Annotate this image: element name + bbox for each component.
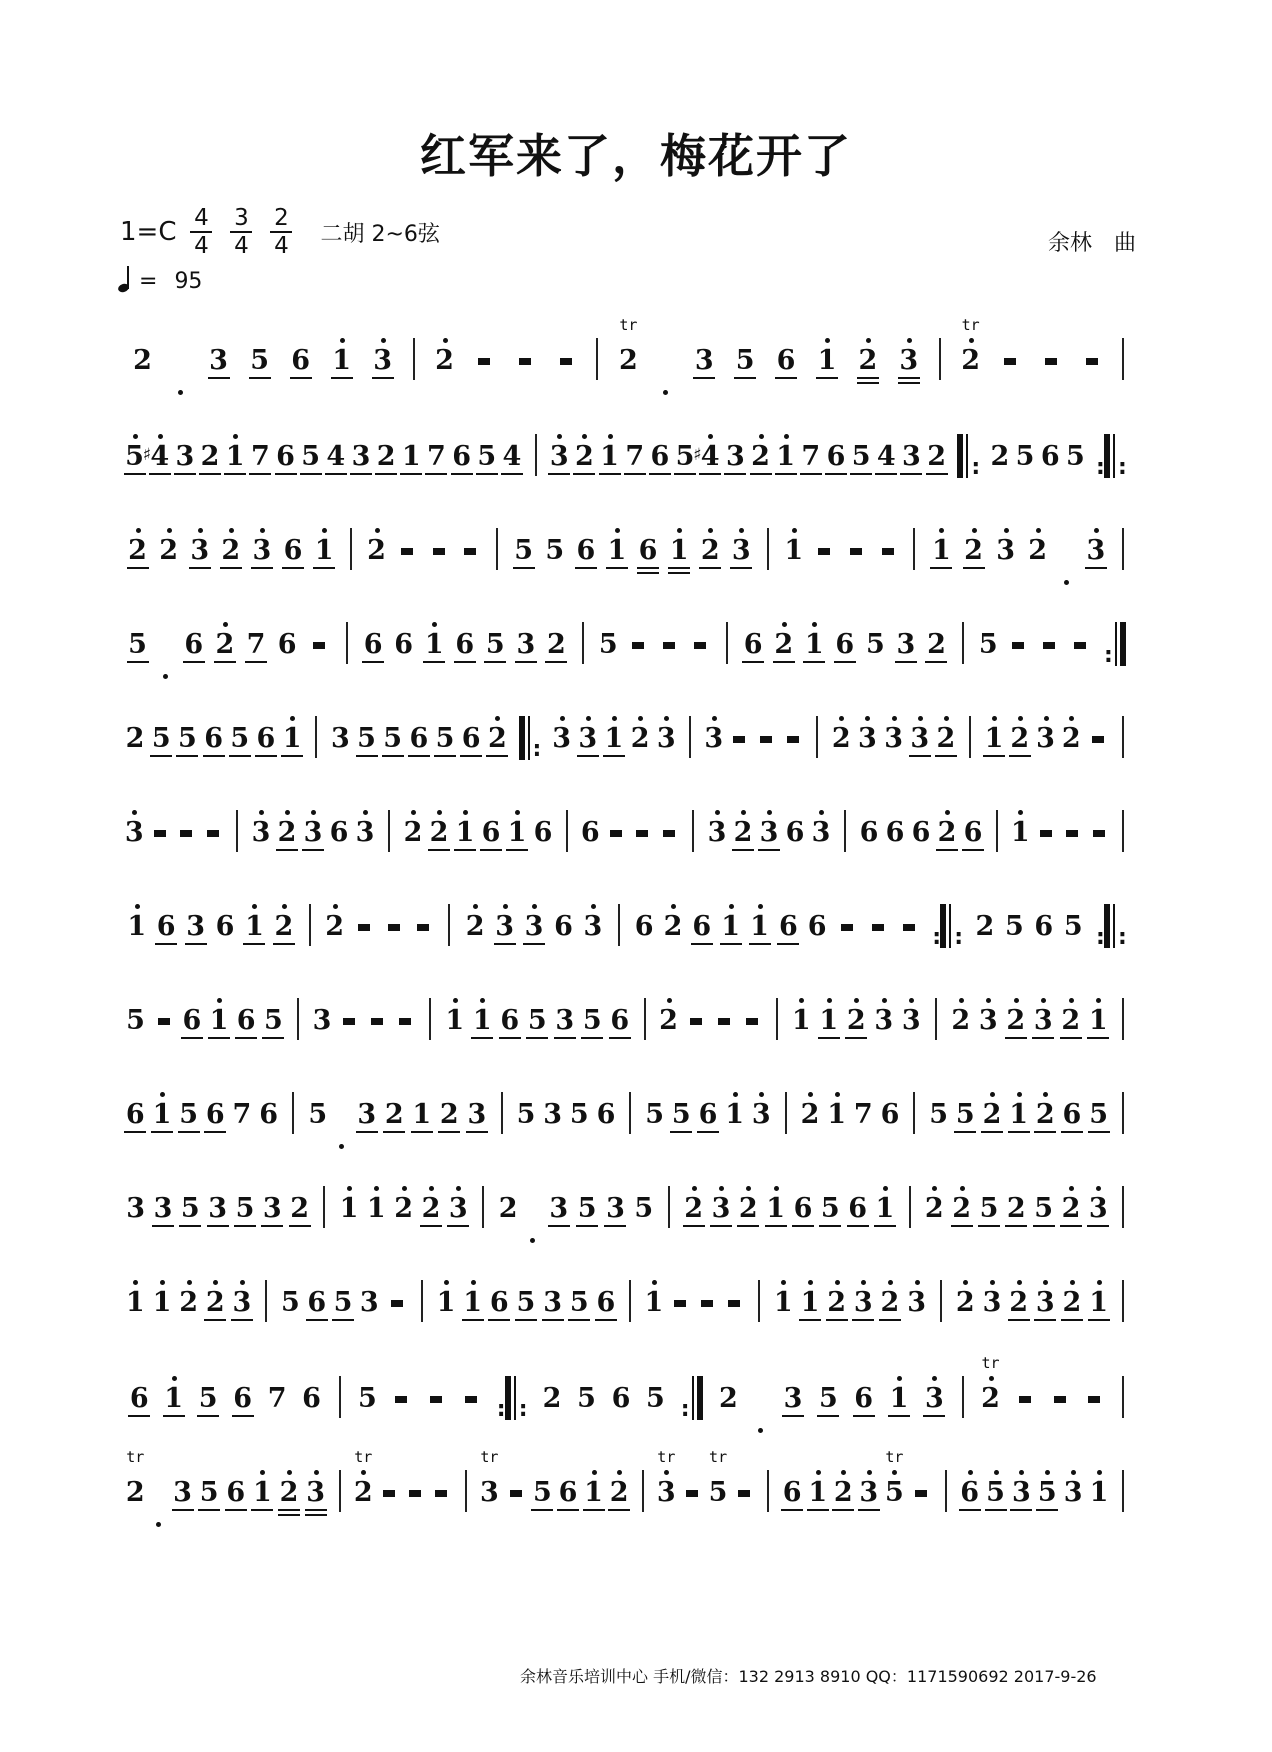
note: 2 <box>366 536 388 572</box>
sharp-icon: ♯ <box>693 440 701 470</box>
barline <box>1122 998 1124 1040</box>
underline <box>765 1225 787 1227</box>
note: 3tr <box>655 1478 677 1514</box>
high-octave-dot <box>444 1280 449 1285</box>
note: 2 <box>383 1100 405 1136</box>
underline <box>306 1319 328 1321</box>
high-octave-dot <box>1094 528 1099 533</box>
underline <box>282 567 304 569</box>
note: 6 <box>214 912 236 948</box>
underline <box>710 1225 732 1227</box>
high-octave-dot <box>282 904 287 909</box>
high-octave-dot <box>1043 1280 1048 1285</box>
note: 3 <box>358 1288 380 1324</box>
note: 1 <box>124 1288 146 1324</box>
underline <box>1088 1319 1110 1321</box>
measure: 5653 <box>277 1288 410 1324</box>
underline <box>803 661 825 663</box>
note: 2 <box>732 818 754 854</box>
high-octave-dot <box>586 716 591 721</box>
underline <box>581 1037 603 1039</box>
high-octave-dot <box>1070 1280 1075 1285</box>
note: 5 <box>576 1194 598 1230</box>
note: 6 <box>775 346 797 382</box>
underline <box>302 849 324 851</box>
underline-double <box>278 1514 300 1516</box>
measure: 32363 <box>248 818 378 854</box>
sustain-dash <box>504 1478 528 1514</box>
note: 3 <box>231 1288 253 1324</box>
underline <box>925 661 947 663</box>
underline <box>573 473 595 475</box>
underline <box>275 473 297 475</box>
note: 2 <box>935 724 957 760</box>
high-octave-dot <box>160 1092 165 1097</box>
note: 3 <box>174 442 196 478</box>
high-octave-dot <box>708 528 713 533</box>
underline <box>300 473 322 475</box>
note: 6 <box>959 1478 981 1514</box>
high-octave-dot <box>759 1092 764 1097</box>
measure: 2 <box>656 1006 766 1042</box>
note: 3 <box>852 1288 874 1324</box>
note: 6 <box>460 724 482 760</box>
note: 1 <box>365 1194 387 1230</box>
high-octave-dot <box>986 998 991 1003</box>
underline <box>124 1131 146 1133</box>
note: 6 <box>451 442 473 478</box>
high-octave-dot <box>592 1470 597 1475</box>
note: 7 <box>425 442 447 478</box>
underline <box>199 473 221 475</box>
note: 2 <box>1005 1194 1027 1230</box>
note: 5 <box>515 1288 537 1324</box>
note: 5 <box>1033 1194 1055 1230</box>
underline <box>777 943 799 945</box>
underline <box>737 1225 759 1227</box>
note: 6 <box>532 818 554 854</box>
sustain-dash <box>1082 1384 1106 1420</box>
underline <box>128 1415 150 1417</box>
high-octave-dot <box>1096 998 1101 1003</box>
underline <box>499 1037 521 1039</box>
high-octave-dot <box>615 528 620 533</box>
repeat-end: : <box>1104 622 1126 666</box>
note: 5 <box>850 442 872 478</box>
note: 2 <box>662 912 684 948</box>
underline <box>234 1225 256 1227</box>
measure: 112323 <box>770 1288 930 1324</box>
barline <box>339 1376 341 1418</box>
sustain-dash <box>1087 818 1111 854</box>
underline <box>372 377 394 379</box>
note: 2 <box>951 1194 973 1230</box>
note: 5 <box>300 442 322 478</box>
underline <box>1087 1037 1109 1039</box>
note: 2 <box>699 536 721 572</box>
high-octave-dot <box>990 1280 995 1285</box>
measure: 1 <box>779 536 903 572</box>
sustain-dash <box>866 912 890 948</box>
measure: 2 <box>425 346 586 382</box>
note: 5 <box>734 346 756 382</box>
note: 6 <box>595 1288 617 1324</box>
high-octave-dot <box>432 622 437 627</box>
note: 2 <box>923 1194 945 1230</box>
high-octave-dot <box>1004 528 1009 533</box>
barline-thick <box>957 434 963 478</box>
note: 5 <box>1003 912 1025 948</box>
underline <box>782 1415 804 1417</box>
underline <box>978 1225 1000 1227</box>
underline <box>1087 1225 1109 1227</box>
note: 6 <box>362 630 384 666</box>
note: 3 <box>551 724 573 760</box>
high-octave-dot <box>945 810 950 815</box>
underline <box>229 755 251 757</box>
underline <box>290 377 312 379</box>
note: 1 <box>720 912 742 948</box>
time-signature-2: 34 <box>230 205 252 259</box>
underline <box>1061 1131 1083 1133</box>
high-octave-dot <box>664 716 669 721</box>
underline <box>1034 1131 1056 1133</box>
sustain-dash <box>337 1006 361 1042</box>
note: 2 <box>438 1100 460 1136</box>
high-octave-dot <box>453 998 458 1003</box>
high-octave-dot <box>819 810 824 815</box>
note: 1 <box>765 1194 787 1230</box>
underline <box>1036 1509 1058 1511</box>
note: 5 <box>985 1478 1007 1514</box>
underline <box>176 755 198 757</box>
underline <box>400 473 422 475</box>
underline <box>935 755 957 757</box>
note: 1 <box>151 1100 173 1136</box>
barline-thick <box>1120 622 1126 666</box>
barline <box>962 622 964 664</box>
underline <box>350 473 372 475</box>
underline <box>981 1131 1003 1133</box>
measure: 3 <box>122 818 226 854</box>
barline <box>323 1186 325 1228</box>
underline <box>1033 1225 1055 1227</box>
underline <box>832 1509 854 1511</box>
underline <box>451 473 473 475</box>
underline <box>208 377 230 379</box>
note: 1 <box>281 724 303 760</box>
barline <box>350 528 352 570</box>
underline <box>515 1319 537 1321</box>
high-octave-dot <box>883 1186 888 1191</box>
measure: 5521265 <box>925 1100 1112 1136</box>
high-octave-dot <box>473 904 478 909</box>
sustain-dash <box>1060 818 1084 854</box>
note: 5 <box>179 1194 201 1230</box>
note: 2 <box>276 818 298 854</box>
barline-thin <box>514 1376 516 1420</box>
note: 6 <box>393 630 415 666</box>
underline <box>1008 1131 1030 1133</box>
barline <box>945 1470 947 1512</box>
underline <box>781 1509 803 1511</box>
underline <box>423 661 445 663</box>
underline <box>985 1509 1007 1511</box>
high-octave-dot <box>1036 528 1041 533</box>
note: 5 <box>434 724 456 760</box>
note: 7 <box>624 442 646 478</box>
high-octave-dot <box>213 1280 218 1285</box>
underline <box>382 755 404 757</box>
note: 1 <box>888 1384 910 1420</box>
barline <box>935 998 937 1040</box>
note: 5 <box>356 724 378 760</box>
note: 5 <box>977 630 999 666</box>
high-octave-dot <box>835 1280 840 1285</box>
note: 1 <box>1088 1288 1110 1324</box>
underline <box>178 1131 200 1133</box>
underline <box>930 567 952 569</box>
note: 6 <box>691 912 713 948</box>
note: 2 <box>845 1006 867 1042</box>
underline <box>909 755 931 757</box>
high-octave-dot <box>582 434 587 439</box>
note: 6 <box>853 1384 875 1420</box>
note: 3 <box>466 1100 488 1136</box>
barline <box>1122 716 1124 758</box>
sustain-dash <box>695 1288 719 1324</box>
note: 2tr <box>960 346 982 382</box>
high-octave-dot <box>959 998 964 1003</box>
quarter-note-icon <box>118 266 132 292</box>
underline <box>819 1225 841 1227</box>
measure: 653531 <box>957 1478 1112 1514</box>
note: 1 <box>930 536 952 572</box>
note: 3 <box>329 724 351 760</box>
note: 2 <box>950 1006 972 1042</box>
underline <box>332 1319 354 1321</box>
high-octave-dot <box>429 1186 434 1191</box>
note: 2tr <box>352 1478 374 1514</box>
note: 5 <box>262 1006 284 1042</box>
score-title: 红军来了，梅花开了 <box>0 120 1272 186</box>
high-octave-dot <box>799 998 804 1003</box>
note: 6 <box>328 818 350 854</box>
high-octave-dot <box>217 998 222 1003</box>
underline <box>720 943 742 945</box>
sustain-dash <box>657 630 681 666</box>
note: 3 <box>548 442 570 478</box>
underline <box>1009 755 1031 757</box>
measure: 2tr <box>974 1384 1112 1420</box>
note: 7 <box>231 1100 253 1136</box>
high-octave-dot <box>1018 716 1023 721</box>
note: 5 <box>476 442 498 478</box>
underline <box>189 567 211 569</box>
underline <box>898 377 920 379</box>
note: 2 <box>178 1288 200 1324</box>
note: 2 <box>486 724 508 760</box>
underline <box>460 755 482 757</box>
note: 2 <box>926 442 948 478</box>
barline <box>292 1092 294 1134</box>
measure: 6216532 <box>738 630 952 666</box>
barline <box>448 904 450 946</box>
barline <box>776 998 778 1040</box>
note: 2 <box>1060 1006 1082 1042</box>
note: 5 <box>150 724 172 760</box>
note: 2 <box>199 442 221 478</box>
measure: 5 <box>351 1384 489 1420</box>
underline <box>923 1415 945 1417</box>
underline <box>852 1319 874 1321</box>
score-row: 332363221616632363666261 <box>122 794 1134 854</box>
note: 3 <box>207 1194 229 1230</box>
measure: 66626 <box>856 818 986 854</box>
underline <box>874 1225 896 1227</box>
barline <box>629 1092 631 1134</box>
high-octave-dot <box>240 1280 245 1285</box>
note: 3 <box>1010 1478 1032 1514</box>
underline <box>251 567 273 569</box>
high-octave-dot <box>1043 1092 1048 1097</box>
high-octave-dot <box>463 810 468 815</box>
measure: 56165 <box>122 1006 287 1042</box>
high-octave-dot <box>812 622 817 627</box>
barline <box>726 622 728 664</box>
underline <box>926 473 948 475</box>
barline-thick <box>940 904 946 948</box>
note: 3 <box>261 1194 283 1230</box>
note: 2 <box>832 1478 854 1514</box>
note: 3 <box>577 724 599 760</box>
barline <box>1122 1186 1124 1228</box>
underline <box>356 1131 378 1133</box>
underline <box>606 567 628 569</box>
high-octave-dot <box>411 810 416 815</box>
trill-mark: tr <box>960 310 982 340</box>
high-octave-dot <box>712 716 717 721</box>
note: 5 <box>1064 442 1086 478</box>
note: 1 <box>462 1288 484 1324</box>
tempo-marking: = 95 <box>118 266 202 294</box>
note: 6 <box>649 442 671 478</box>
barline <box>767 1470 769 1512</box>
high-octave-dot <box>781 1280 786 1285</box>
sustain-dash <box>876 536 900 572</box>
underline <box>548 1225 570 1227</box>
underline <box>447 1225 469 1227</box>
underline <box>127 567 149 569</box>
repeat-start: : <box>519 716 541 760</box>
sustain-dash <box>395 536 419 572</box>
note: 7 <box>266 1384 288 1420</box>
underline <box>637 567 659 569</box>
note: 4♯ <box>149 442 171 478</box>
underline <box>197 1415 219 1417</box>
underline <box>515 661 537 663</box>
underline <box>845 1037 867 1039</box>
note: 3 <box>703 724 725 760</box>
note: 2 <box>658 1006 680 1042</box>
note: 1 <box>224 442 246 478</box>
note: 2 <box>273 912 295 948</box>
note: 1 <box>1009 818 1031 854</box>
note: 2 <box>1005 1006 1027 1042</box>
sustain-dash <box>152 1006 176 1042</box>
tempo-equals: = <box>139 269 157 294</box>
measure: 3353532 <box>122 1194 313 1230</box>
high-octave-dot <box>866 338 871 343</box>
note: 4 <box>325 442 347 478</box>
underline <box>1085 567 1107 569</box>
high-octave-dot <box>1069 716 1074 721</box>
high-octave-dot <box>909 998 914 1003</box>
measure: 1 <box>1008 818 1112 854</box>
note: 2 <box>204 1288 226 1324</box>
underline <box>172 1509 194 1511</box>
note: 6 <box>610 1384 632 1420</box>
high-octave-dot <box>729 904 734 909</box>
sustain-dash <box>1039 346 1063 382</box>
sustain-dash <box>389 1384 413 1420</box>
note: 6 <box>910 818 932 854</box>
underline-double <box>857 382 879 384</box>
note: 5 <box>249 346 271 382</box>
barline <box>1122 1092 1124 1134</box>
measure: 3tr5612 <box>477 1478 632 1514</box>
sustain-dash <box>897 912 921 948</box>
barline-thin <box>949 904 951 948</box>
underline <box>249 473 271 475</box>
underline <box>895 661 917 663</box>
note: 3 <box>372 346 394 382</box>
underline <box>608 1509 630 1511</box>
high-octave-dot <box>229 528 234 533</box>
note: 1 <box>818 1006 840 1042</box>
sustain-dash <box>513 346 537 382</box>
note: 2 <box>750 442 772 478</box>
note: 3 <box>782 1384 804 1420</box>
measure: 5 <box>974 630 1096 666</box>
high-octave-dot <box>888 1280 893 1285</box>
high-octave-dot <box>132 810 137 815</box>
high-octave-dot <box>854 998 859 1003</box>
note: 3 <box>1085 536 1107 572</box>
underline-double <box>898 382 920 384</box>
note: 5 <box>568 1100 590 1136</box>
measure: 55616123 <box>508 536 757 572</box>
high-octave-dot <box>612 716 617 721</box>
underline <box>243 943 265 945</box>
measure: 232321 <box>952 1288 1112 1324</box>
sustain-dash <box>754 724 778 760</box>
high-octave-dot <box>333 904 338 909</box>
note: 5 <box>234 1194 256 1230</box>
note: 5 <box>176 724 198 760</box>
note: 3 <box>305 1478 327 1514</box>
sustain-dash <box>1048 1384 1072 1420</box>
note: 3 <box>895 630 917 666</box>
sustain-dash <box>722 1288 746 1324</box>
note: 2 <box>434 346 456 382</box>
note: 6 <box>962 818 984 854</box>
note: 2 <box>158 536 180 572</box>
underline <box>174 473 196 475</box>
note: 3 <box>977 1006 999 1042</box>
underline <box>411 1131 433 1133</box>
note: 6 <box>290 346 312 382</box>
